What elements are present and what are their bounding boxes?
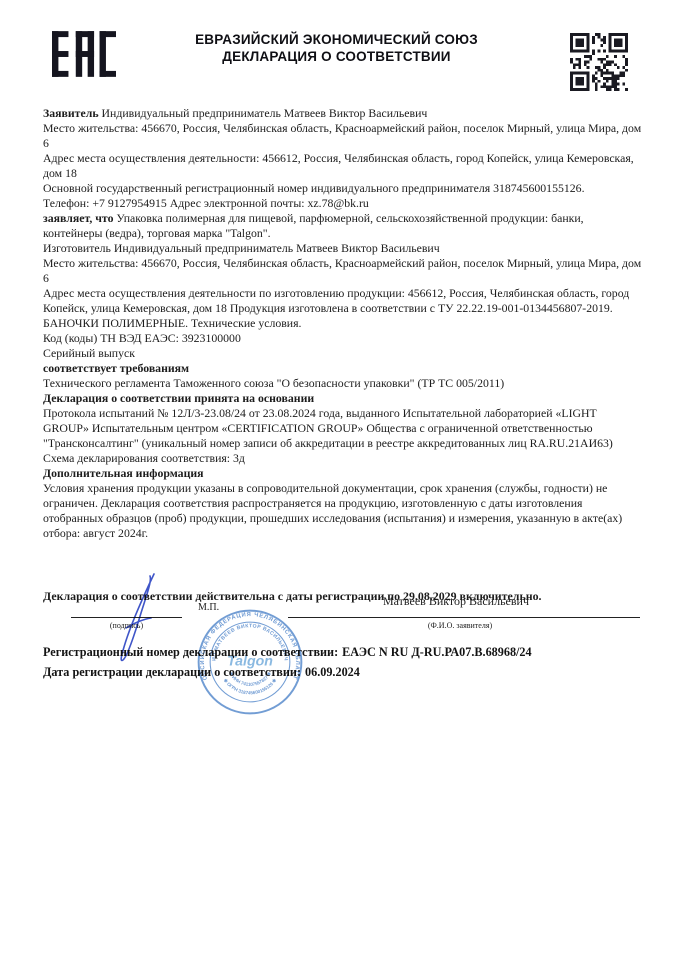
registration-number-value: ЕАЭС N RU Д-RU.РА07.В.68968/24	[342, 645, 531, 659]
paragraph-lead: Дополнительная информация	[43, 466, 204, 480]
paragraph-text: Изготовитель Индивидуальный предпринимат…	[43, 241, 440, 255]
doc-paragraph: Место жительства: 456670, Россия, Челяби…	[43, 121, 643, 151]
doc-paragraph: Телефон: +7 9127954915 Адрес электронной…	[43, 196, 643, 211]
stamp-place-label: М.П.	[198, 602, 219, 613]
paragraph-lead: заявляет, что	[43, 211, 113, 225]
doc-paragraph: Основной государственный регистрационный…	[43, 181, 643, 196]
doc-paragraph: соответствует требованиям	[43, 361, 643, 376]
paragraph-lead: соответствует требованиям	[43, 361, 189, 375]
registration-date-value: 06.09.2024	[305, 665, 360, 679]
doc-paragraph: Декларация о соответствии принята на осн…	[43, 391, 643, 406]
doc-paragraph: Технического регламента Таможенного союз…	[43, 376, 643, 391]
paragraph-text: Упаковка полимерная для пищевой, парфюме…	[43, 211, 584, 240]
signature-caption: (подпись)	[71, 621, 182, 630]
doc-paragraph: Адрес места осуществления деятельности: …	[43, 151, 643, 181]
doc-paragraph: Место жительства: 456670, Россия, Челяби…	[43, 256, 643, 286]
title-line-union: ЕВРАЗИЙСКИЙ ЭКОНОМИЧЕСКИЙ СОЮЗ	[120, 31, 553, 48]
doc-paragraph: Адрес места осуществления деятельности п…	[43, 286, 643, 331]
doc-paragraph: Схема декларирования соответствия: 3д	[43, 451, 643, 466]
paragraph-lead: Декларация о соответствии принята на осн…	[43, 391, 314, 405]
title-line-declaration: ДЕКЛАРАЦИЯ О СООТВЕТСТВИИ	[120, 48, 553, 65]
paragraph-text: Серийный выпуск	[43, 346, 135, 360]
doc-paragraph: Протокола испытаний № 12Л/3-23.08/24 от …	[43, 406, 643, 451]
paragraph-text: Технического регламента Таможенного союз…	[43, 376, 504, 390]
eac-logo-icon	[52, 27, 116, 81]
paragraph-text: Место жительства: 456670, Россия, Челяби…	[43, 121, 641, 150]
qr-code	[570, 33, 628, 91]
company-stamp: РОССИЙСКАЯ ФЕДЕРАЦИЯ ЧЕЛЯБИНСКАЯ ОБЛАСТЬ…	[188, 600, 312, 724]
declaration-document: ЕВРАЗИЙСКИЙ ЭКОНОМИЧЕСКИЙ СОЮЗ ДЕКЛАРАЦИ…	[0, 0, 673, 956]
paragraph-text: Адрес места осуществления деятельности: …	[43, 151, 634, 180]
paragraph-text: Место жительства: 456670, Россия, Челяби…	[43, 256, 641, 285]
registration-number-line: Регистрационный номер декларации о соотв…	[43, 645, 532, 660]
doc-paragraph: Код (коды) ТН ВЭД ЕАЭС: 3923100000	[43, 331, 643, 346]
paragraph-lead: Заявитель	[43, 106, 99, 120]
paragraph-text: Телефон: +7 9127954915 Адрес электронной…	[43, 196, 369, 210]
doc-paragraph: заявляет, что Упаковка полимерная для пи…	[43, 211, 643, 241]
fio-caption: (Ф.И.О. заявителя)	[380, 621, 540, 630]
document-body: Заявитель Индивидуальный предприниматель…	[43, 106, 643, 541]
stamp-outer-circle	[199, 611, 302, 714]
doc-paragraph: Условия хранения продукции указаны в соп…	[43, 481, 643, 541]
signature-line	[71, 617, 182, 618]
paragraph-text: Схема декларирования соответствия: 3д	[43, 451, 245, 465]
registration-date-label: Дата регистрации декларации о соответств…	[43, 665, 301, 679]
paragraph-text: Условия хранения продукции указаны в соп…	[43, 481, 622, 540]
registration-date-line: Дата регистрации декларации о соответств…	[43, 665, 360, 680]
fio-line	[288, 617, 640, 618]
doc-paragraph: Серийный выпуск	[43, 346, 643, 361]
doc-paragraph: Заявитель Индивидуальный предприниматель…	[43, 106, 643, 121]
paragraph-text: Индивидуальный предприниматель Матвеев В…	[99, 106, 428, 120]
paragraph-text: Основной государственный регистрационный…	[43, 181, 585, 195]
paragraph-text: Протокола испытаний № 12Л/3-23.08/24 от …	[43, 406, 613, 450]
paragraph-text: Адрес места осуществления деятельности п…	[43, 286, 629, 330]
registration-number-label: Регистрационный номер декларации о соотв…	[43, 645, 338, 659]
doc-paragraph: Изготовитель Индивидуальный предпринимат…	[43, 241, 643, 256]
paragraph-text: Код (коды) ТН ВЭД ЕАЭС: 3923100000	[43, 331, 241, 345]
stamp-inner-circle	[210, 622, 290, 702]
document-title: ЕВРАЗИЙСКИЙ ЭКОНОМИЧЕСКИЙ СОЮЗ ДЕКЛАРАЦИ…	[120, 31, 553, 65]
doc-paragraph: Дополнительная информация	[43, 466, 643, 481]
applicant-fio: Матвеев Виктор Васильевич	[330, 594, 582, 609]
